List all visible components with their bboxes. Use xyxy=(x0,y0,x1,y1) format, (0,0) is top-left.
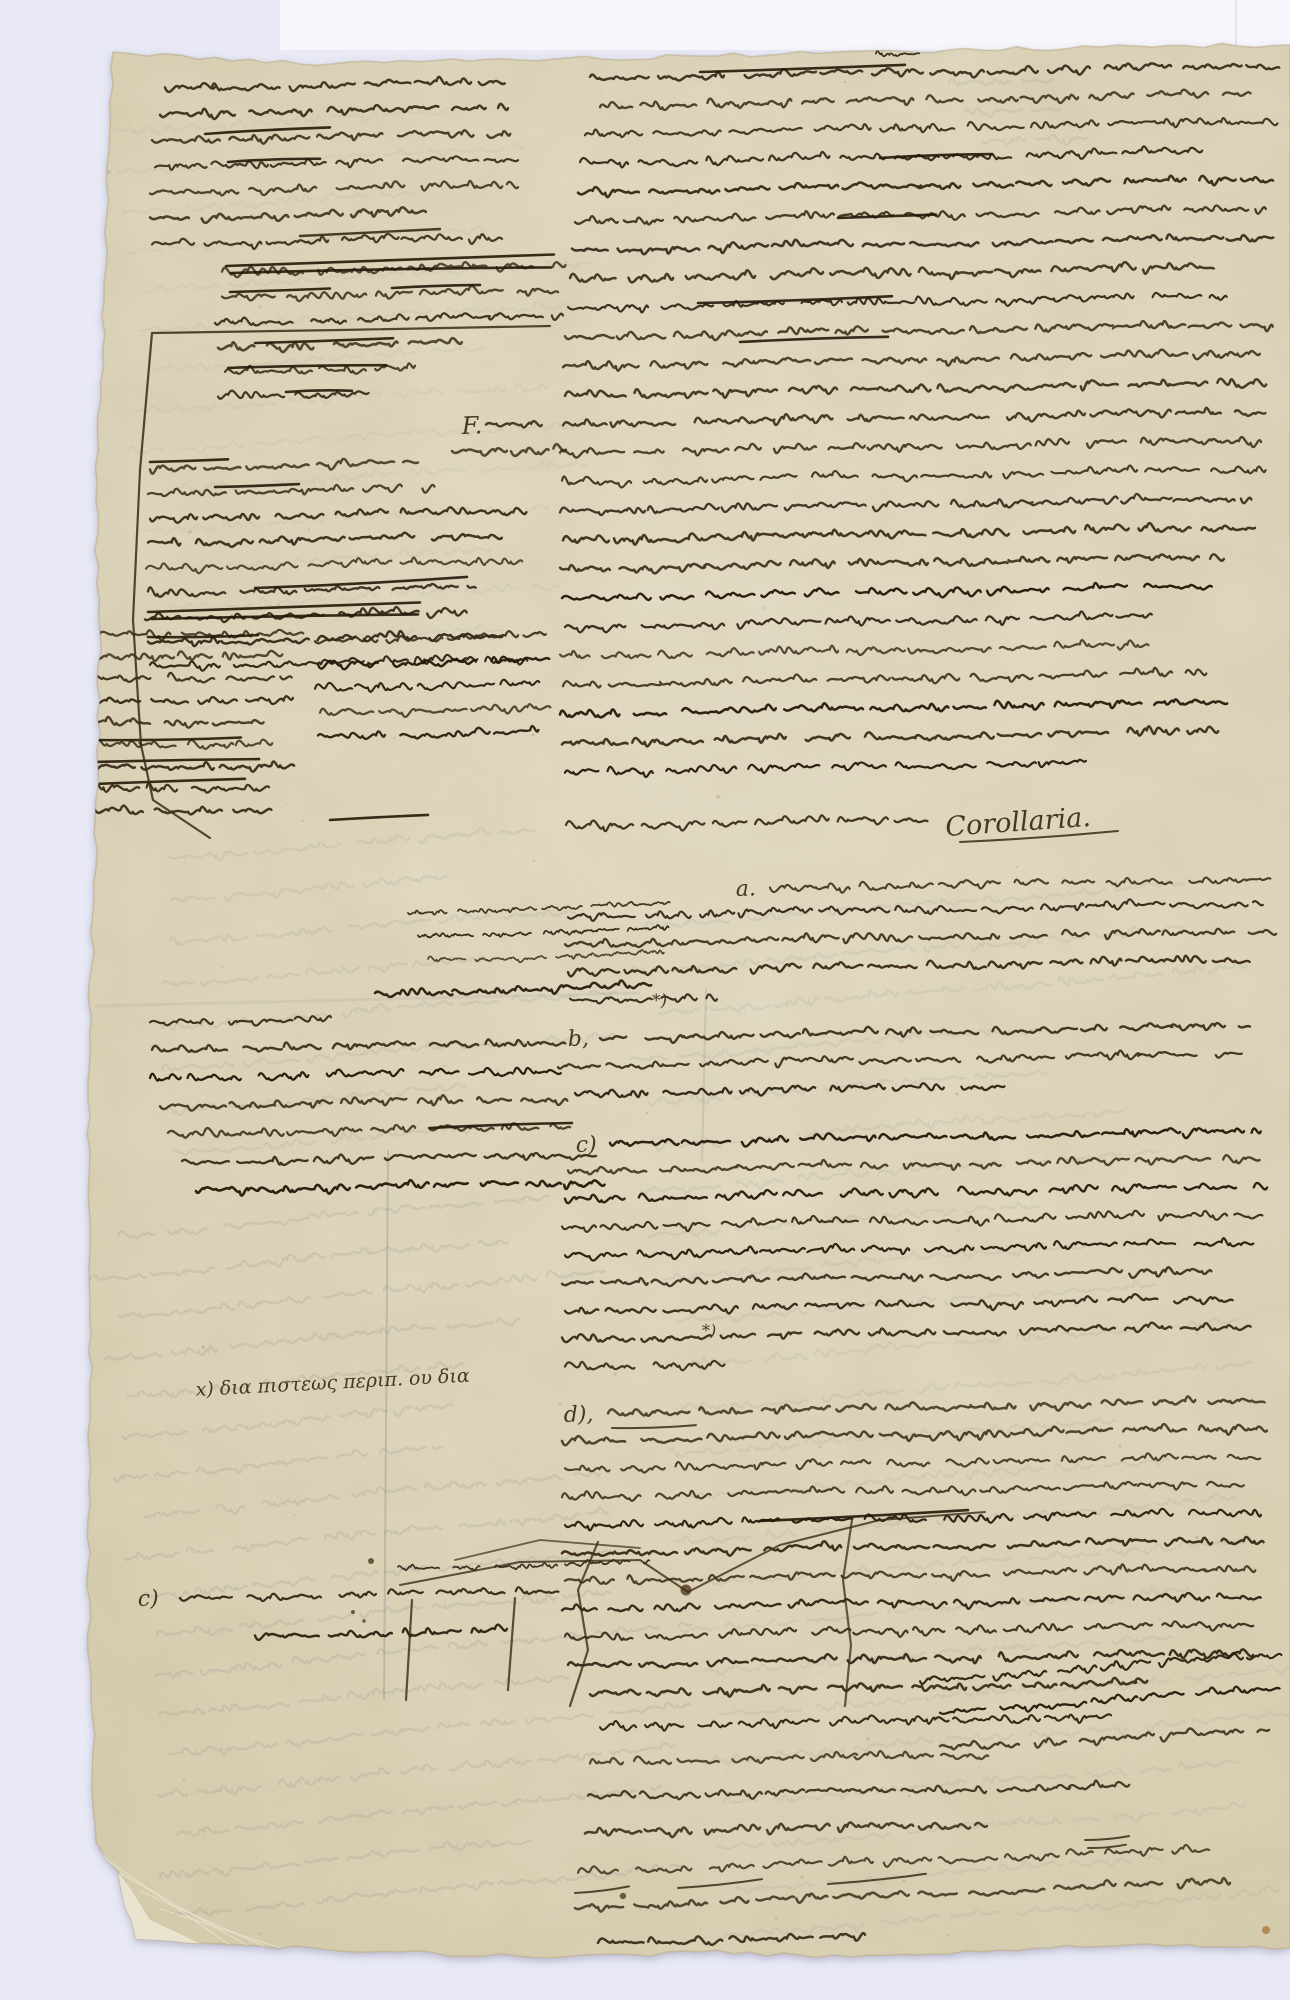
paper-speck xyxy=(947,1934,949,1936)
paper-speck xyxy=(903,1880,906,1883)
paper-speck xyxy=(716,795,719,798)
paper-speck xyxy=(725,1770,727,1772)
paper-speck xyxy=(1033,1361,1035,1363)
paper-speck xyxy=(800,1875,804,1879)
paper-speck xyxy=(931,1355,933,1357)
legible-word: c) xyxy=(137,1586,159,1612)
legible-word: *) xyxy=(652,991,667,1011)
ink-blot xyxy=(351,1610,355,1614)
paper-speck xyxy=(202,1346,205,1349)
paper-speck xyxy=(1084,966,1085,967)
paper-speck xyxy=(957,1229,960,1232)
paper-speck xyxy=(874,1793,875,1794)
paper-speck xyxy=(820,1672,822,1674)
manuscript-scan-svg: Corollaria.x) δια πιστεως περιπ. ου διαF… xyxy=(0,0,1290,2000)
paper-speck xyxy=(818,1445,821,1448)
paper-speck xyxy=(973,1097,975,1099)
paper-speck xyxy=(364,1904,366,1906)
manuscript-scan: Corollaria.x) δια πιστεως περιπ. ου διαF… xyxy=(0,0,1290,2000)
paper-speck xyxy=(1179,567,1182,570)
paper-speck xyxy=(258,305,261,308)
paper-speck xyxy=(533,860,535,862)
ink-blot xyxy=(362,1619,366,1623)
paper-speck xyxy=(1039,1414,1040,1415)
legible-word: F. xyxy=(460,411,483,440)
paper-speck xyxy=(613,1372,616,1375)
paper-speck xyxy=(844,81,847,84)
paper-speck xyxy=(497,1069,499,1071)
paper-speck xyxy=(908,1795,910,1797)
paper-speck xyxy=(443,1065,445,1067)
paper-speck xyxy=(321,1249,323,1251)
paper-speck xyxy=(183,1779,185,1781)
paper-speck xyxy=(221,966,223,968)
paper-speck xyxy=(107,170,111,174)
paper-speck xyxy=(1079,130,1080,131)
legible-word: b, xyxy=(567,1026,589,1052)
legible-word: c) xyxy=(575,1132,597,1158)
paper-speck xyxy=(752,1433,754,1435)
paper-speck xyxy=(1195,1535,1198,1538)
paper-speck xyxy=(1196,1332,1199,1335)
paper-speck xyxy=(956,1093,959,1096)
paper-speck xyxy=(1016,866,1018,868)
legible-word: d), xyxy=(563,1402,594,1428)
ink-blot xyxy=(681,1585,692,1596)
paper-speck xyxy=(393,737,395,739)
paper-speck xyxy=(757,1610,759,1612)
paper-speck xyxy=(532,734,535,737)
paper-speck xyxy=(575,1896,577,1898)
ink-blot xyxy=(620,1893,626,1899)
paper-speck xyxy=(294,1514,296,1516)
paper-speck xyxy=(600,92,601,93)
paper-speck xyxy=(774,1917,777,1920)
paper-speck xyxy=(866,1737,869,1740)
paper-speck xyxy=(472,545,473,546)
paper-speck xyxy=(559,1403,562,1406)
legible-word: *) xyxy=(702,1321,716,1340)
paper-speck xyxy=(259,1933,261,1935)
paper-speck xyxy=(646,1112,648,1114)
ink-blot xyxy=(1262,1926,1270,1934)
paper-speck xyxy=(285,803,287,805)
ink-blot xyxy=(368,1558,374,1564)
paper-speck xyxy=(1119,1445,1122,1448)
paper-speck xyxy=(764,607,766,609)
paper-speck xyxy=(389,1713,390,1714)
paper-speck xyxy=(308,528,310,530)
scanner-background-top-band xyxy=(280,0,1290,50)
paper-speck xyxy=(1228,344,1229,345)
legible-word: a. xyxy=(735,876,756,902)
paper-speck xyxy=(302,820,304,822)
paper-speck xyxy=(293,1476,294,1477)
